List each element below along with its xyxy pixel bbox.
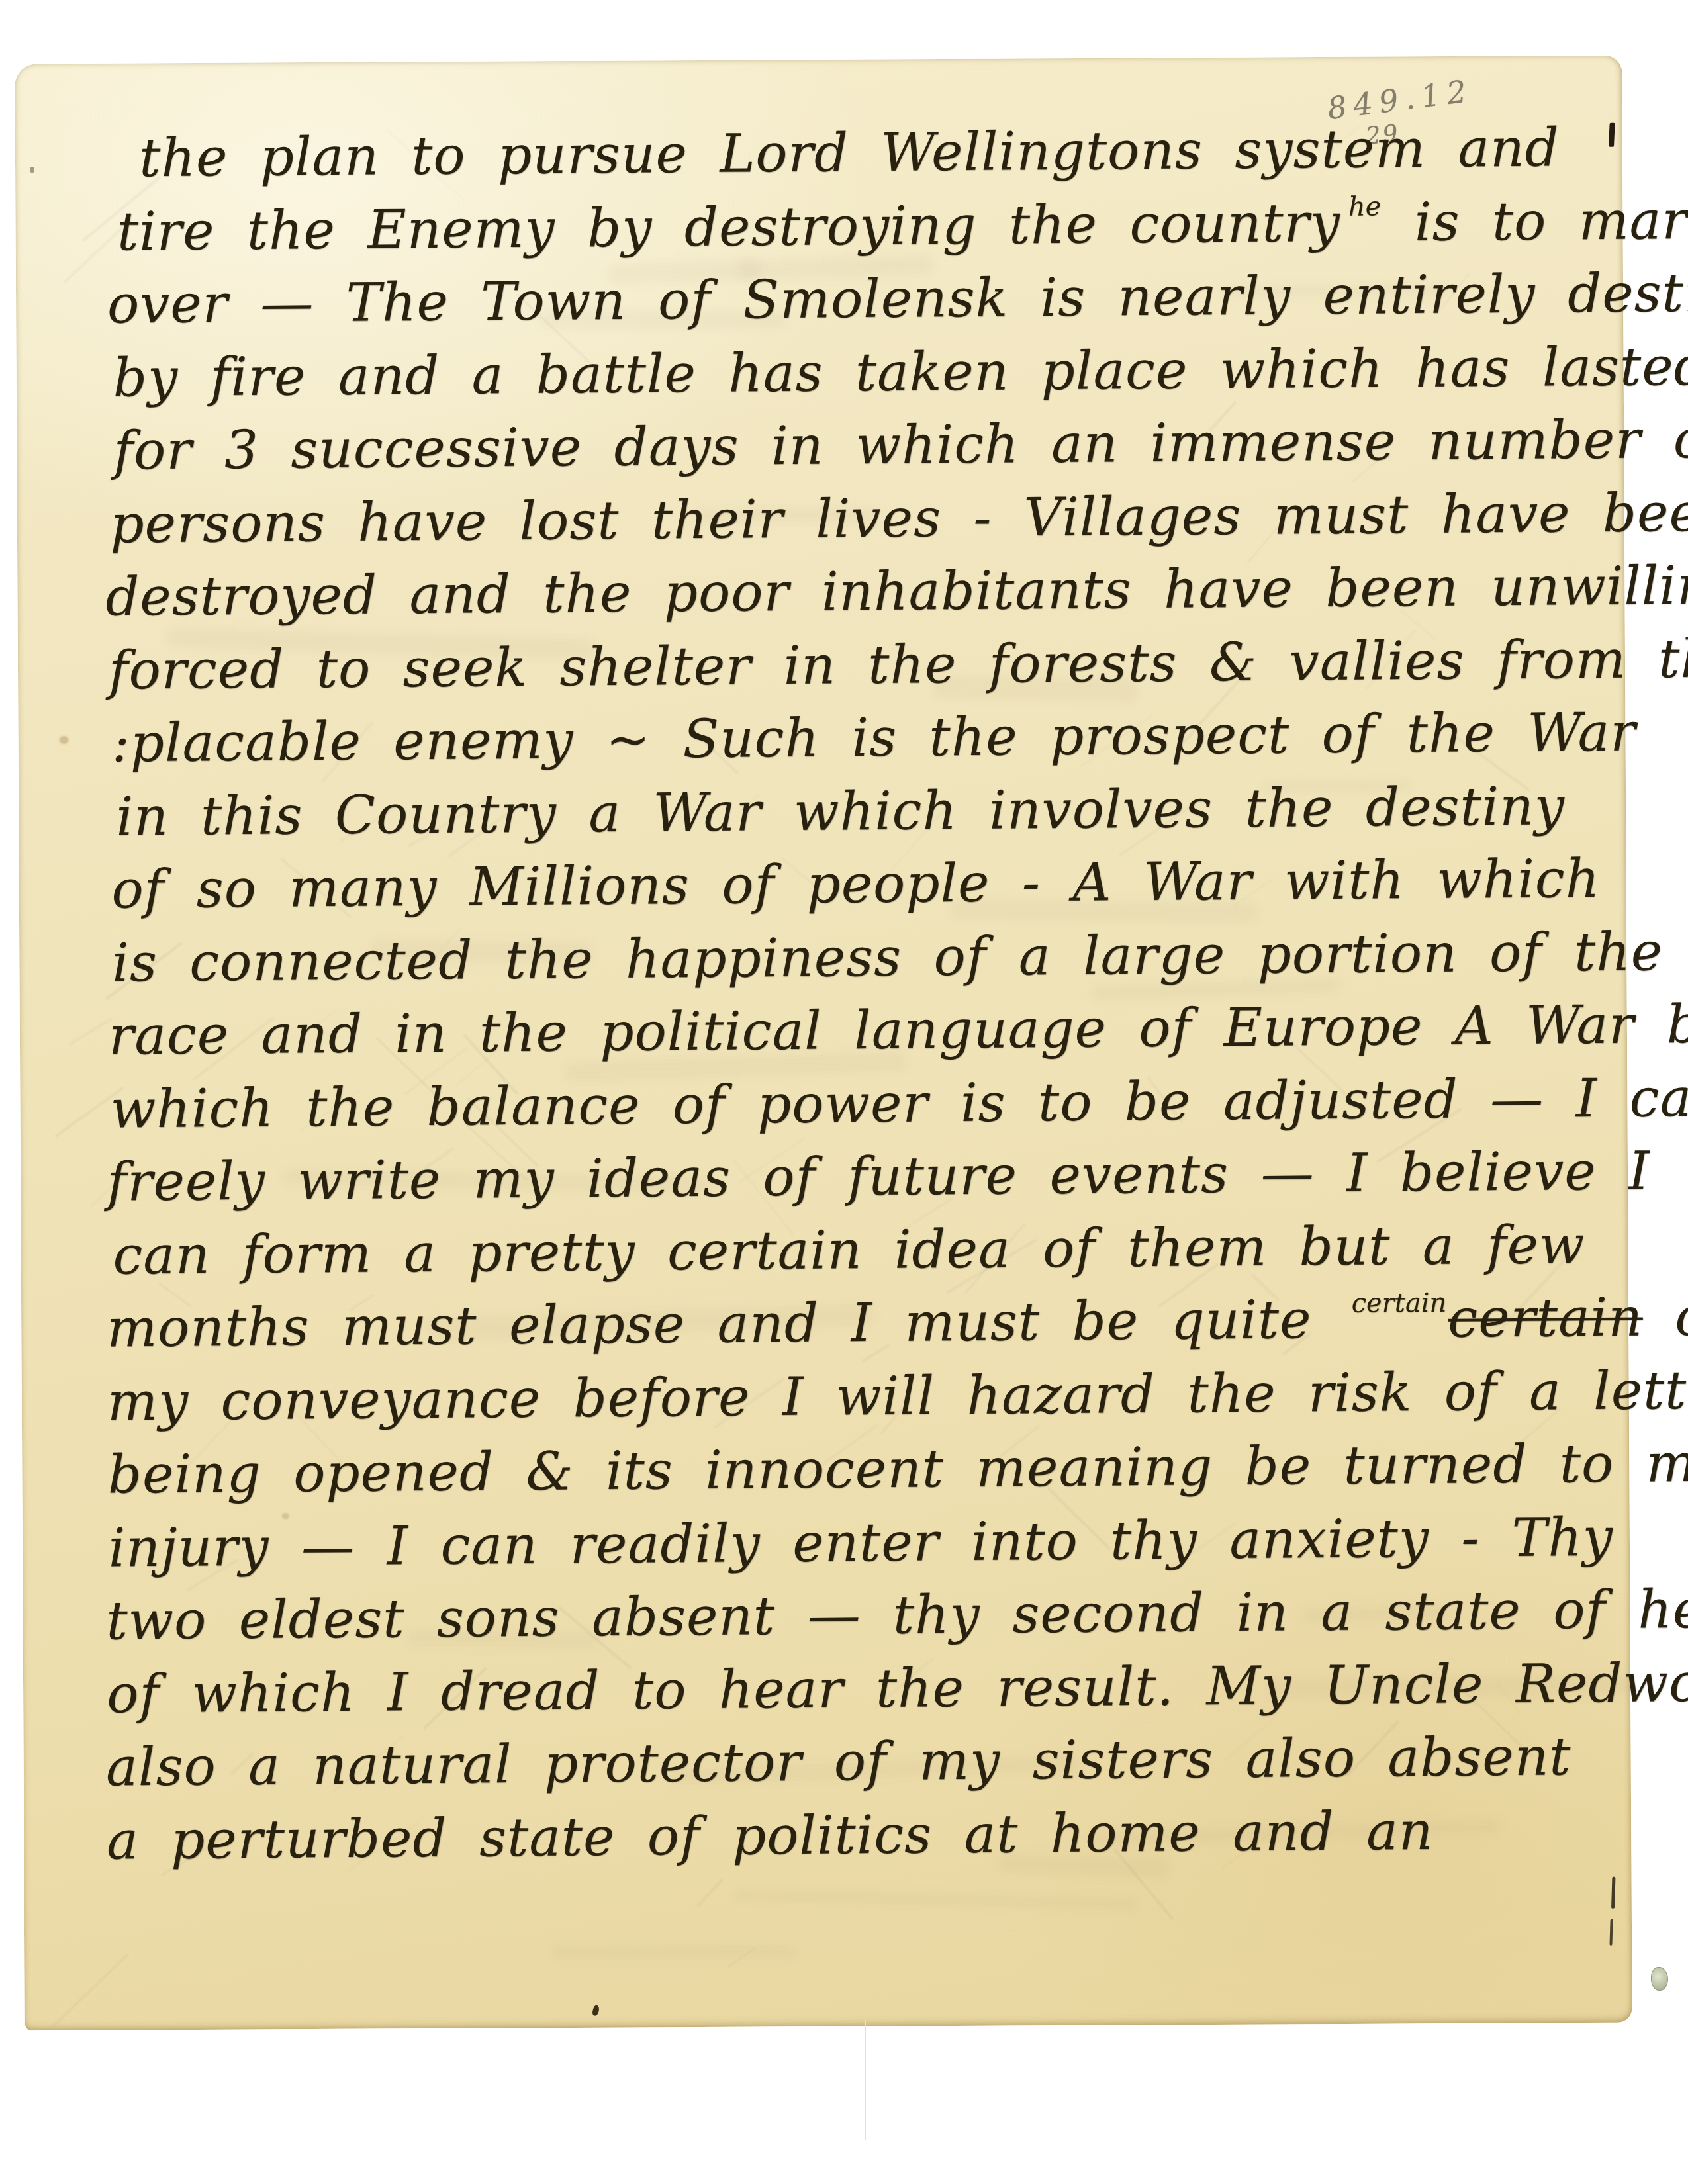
line-text: of so many Millions of people - A War wi… xyxy=(111,848,1600,920)
line-text: over — The Town of Smolensk is nearly en… xyxy=(107,261,1688,335)
line-text: :placable enemy ~ Such is the prospect o… xyxy=(111,702,1636,774)
manuscript-line-16: can form a pretty certain idea of them b… xyxy=(113,1206,1688,1292)
line-text: forced to seek shelter in the forests & … xyxy=(109,626,1688,701)
line-text: for 3 successive days in which an immens… xyxy=(113,408,1688,482)
scanner-artifact-line xyxy=(865,2020,866,2140)
line-text: the plan to pursue Lord Wellingtons syst… xyxy=(139,116,1560,189)
manuscript-line-19: being opened & its innocent meaning be t… xyxy=(108,1426,1688,1512)
manuscript-line-22: of which I dread to hear the result. My … xyxy=(107,1645,1688,1731)
manuscript-line-10: in this Country a War which involves the… xyxy=(116,767,1688,853)
line-text: which the balance of power is to be adju… xyxy=(111,1066,1688,1140)
manuscript-line-18: my conveyance before I will hazard the r… xyxy=(107,1352,1688,1439)
manuscript-line-1: the plan to pursue Lord Wellingtons syst… xyxy=(139,109,1688,195)
inserted-word: certain xyxy=(1448,1287,1643,1349)
line-text: race and in the political language of Eu… xyxy=(109,993,1688,1067)
manuscript-line-11: of so many Millions of people - A War wi… xyxy=(111,841,1688,927)
manuscript-line-5: for 3 successive days in which an immens… xyxy=(113,402,1688,488)
manuscript-line-21: two eldest sons absent — thy second in a… xyxy=(106,1572,1688,1659)
manuscript-line-23: also a natural protector of my sisters a… xyxy=(106,1717,1688,1804)
line-text: months must elapse and I must be quite xyxy=(107,1289,1344,1359)
edge-ink-mark xyxy=(1609,1919,1613,1946)
manuscript-line-13: race and in the political language of Eu… xyxy=(109,987,1688,1073)
foxing-spot xyxy=(282,1513,289,1519)
foxing-spot xyxy=(60,736,69,744)
debris-speck xyxy=(1651,1967,1668,1991)
ink-speck xyxy=(591,2005,600,2017)
manuscript-line-8: forced to seek shelter in the forests & … xyxy=(109,621,1688,707)
manuscript-line-9: :placable enemy ~ Such is the prospect o… xyxy=(111,694,1688,780)
manuscript-line-12: is connected the happiness of a large po… xyxy=(112,913,1688,999)
manuscript-line-15: freely write my ideas of future events —… xyxy=(107,1133,1688,1220)
edge-ink-mark xyxy=(1609,123,1615,147)
line-text: tire the Enemy by destroying the country xyxy=(117,191,1341,262)
line-text: by fire and a battle has taken place whi… xyxy=(113,335,1688,408)
manuscript-line-20: injury — I can readily enter into thy an… xyxy=(108,1498,1688,1585)
manuscript-page: 849.12 29 the plan to pursue Lord Wellin… xyxy=(15,56,1632,2031)
manuscript-line-24: a perturbed state of politics at home an… xyxy=(107,1791,1688,1878)
line-text: destroyed and the poor inhabitants have … xyxy=(105,554,1688,628)
line-text: of which I dread to hear the result. My … xyxy=(107,1651,1688,1725)
line-text: in this Country a War which involves the… xyxy=(116,775,1565,847)
line-text: my conveyance before I will hazard the r… xyxy=(107,1359,1688,1432)
line-text: is to march xyxy=(1382,189,1688,253)
manuscript-line-6: persons have lost their lives - Villages… xyxy=(110,475,1688,561)
manuscript-line-2: tire the Enemy by destroying the country… xyxy=(117,182,1688,268)
edge-ink-mark xyxy=(1611,1877,1615,1909)
manuscript-line-14: which the balance of power is to be adju… xyxy=(110,1060,1688,1146)
foxing-spot xyxy=(360,312,366,318)
line-text: a perturbed state of politics at home an… xyxy=(107,1799,1434,1871)
line-text: is connected the happiness of a large po… xyxy=(112,919,1688,993)
line-text: injury — I can readily enter into thy an… xyxy=(108,1506,1613,1578)
line-text: of xyxy=(1642,1286,1688,1348)
line-text: being opened & its innocent meaning be t… xyxy=(108,1432,1688,1506)
manuscript-line-17: months must elapse and I must be quite c… xyxy=(107,1279,1688,1366)
line-text: also a natural protector of my sisters a… xyxy=(106,1725,1571,1797)
edge-speck xyxy=(30,167,34,173)
letter-body-text: the plan to pursue Lord Wellingtons syst… xyxy=(98,109,1688,1878)
manuscript-line-4: by fire and a battle has taken place whi… xyxy=(113,328,1688,414)
inserted-word: he xyxy=(1348,170,1381,244)
line-text: persons have lost their lives - Villages… xyxy=(110,481,1688,555)
line-text: freely write my ideas of future events —… xyxy=(107,1140,1650,1212)
manuscript-line-3: over — The Town of Smolensk is nearly en… xyxy=(107,255,1688,341)
inserted-word: certain xyxy=(1351,1267,1446,1341)
scan-background: { "colors": { "scan-background": "#fffff… xyxy=(0,0,1688,2184)
line-text: two eldest sons absent — thy second in a… xyxy=(106,1578,1688,1652)
manuscript-line-7: destroyed and the poor inhabitants have … xyxy=(105,548,1688,634)
